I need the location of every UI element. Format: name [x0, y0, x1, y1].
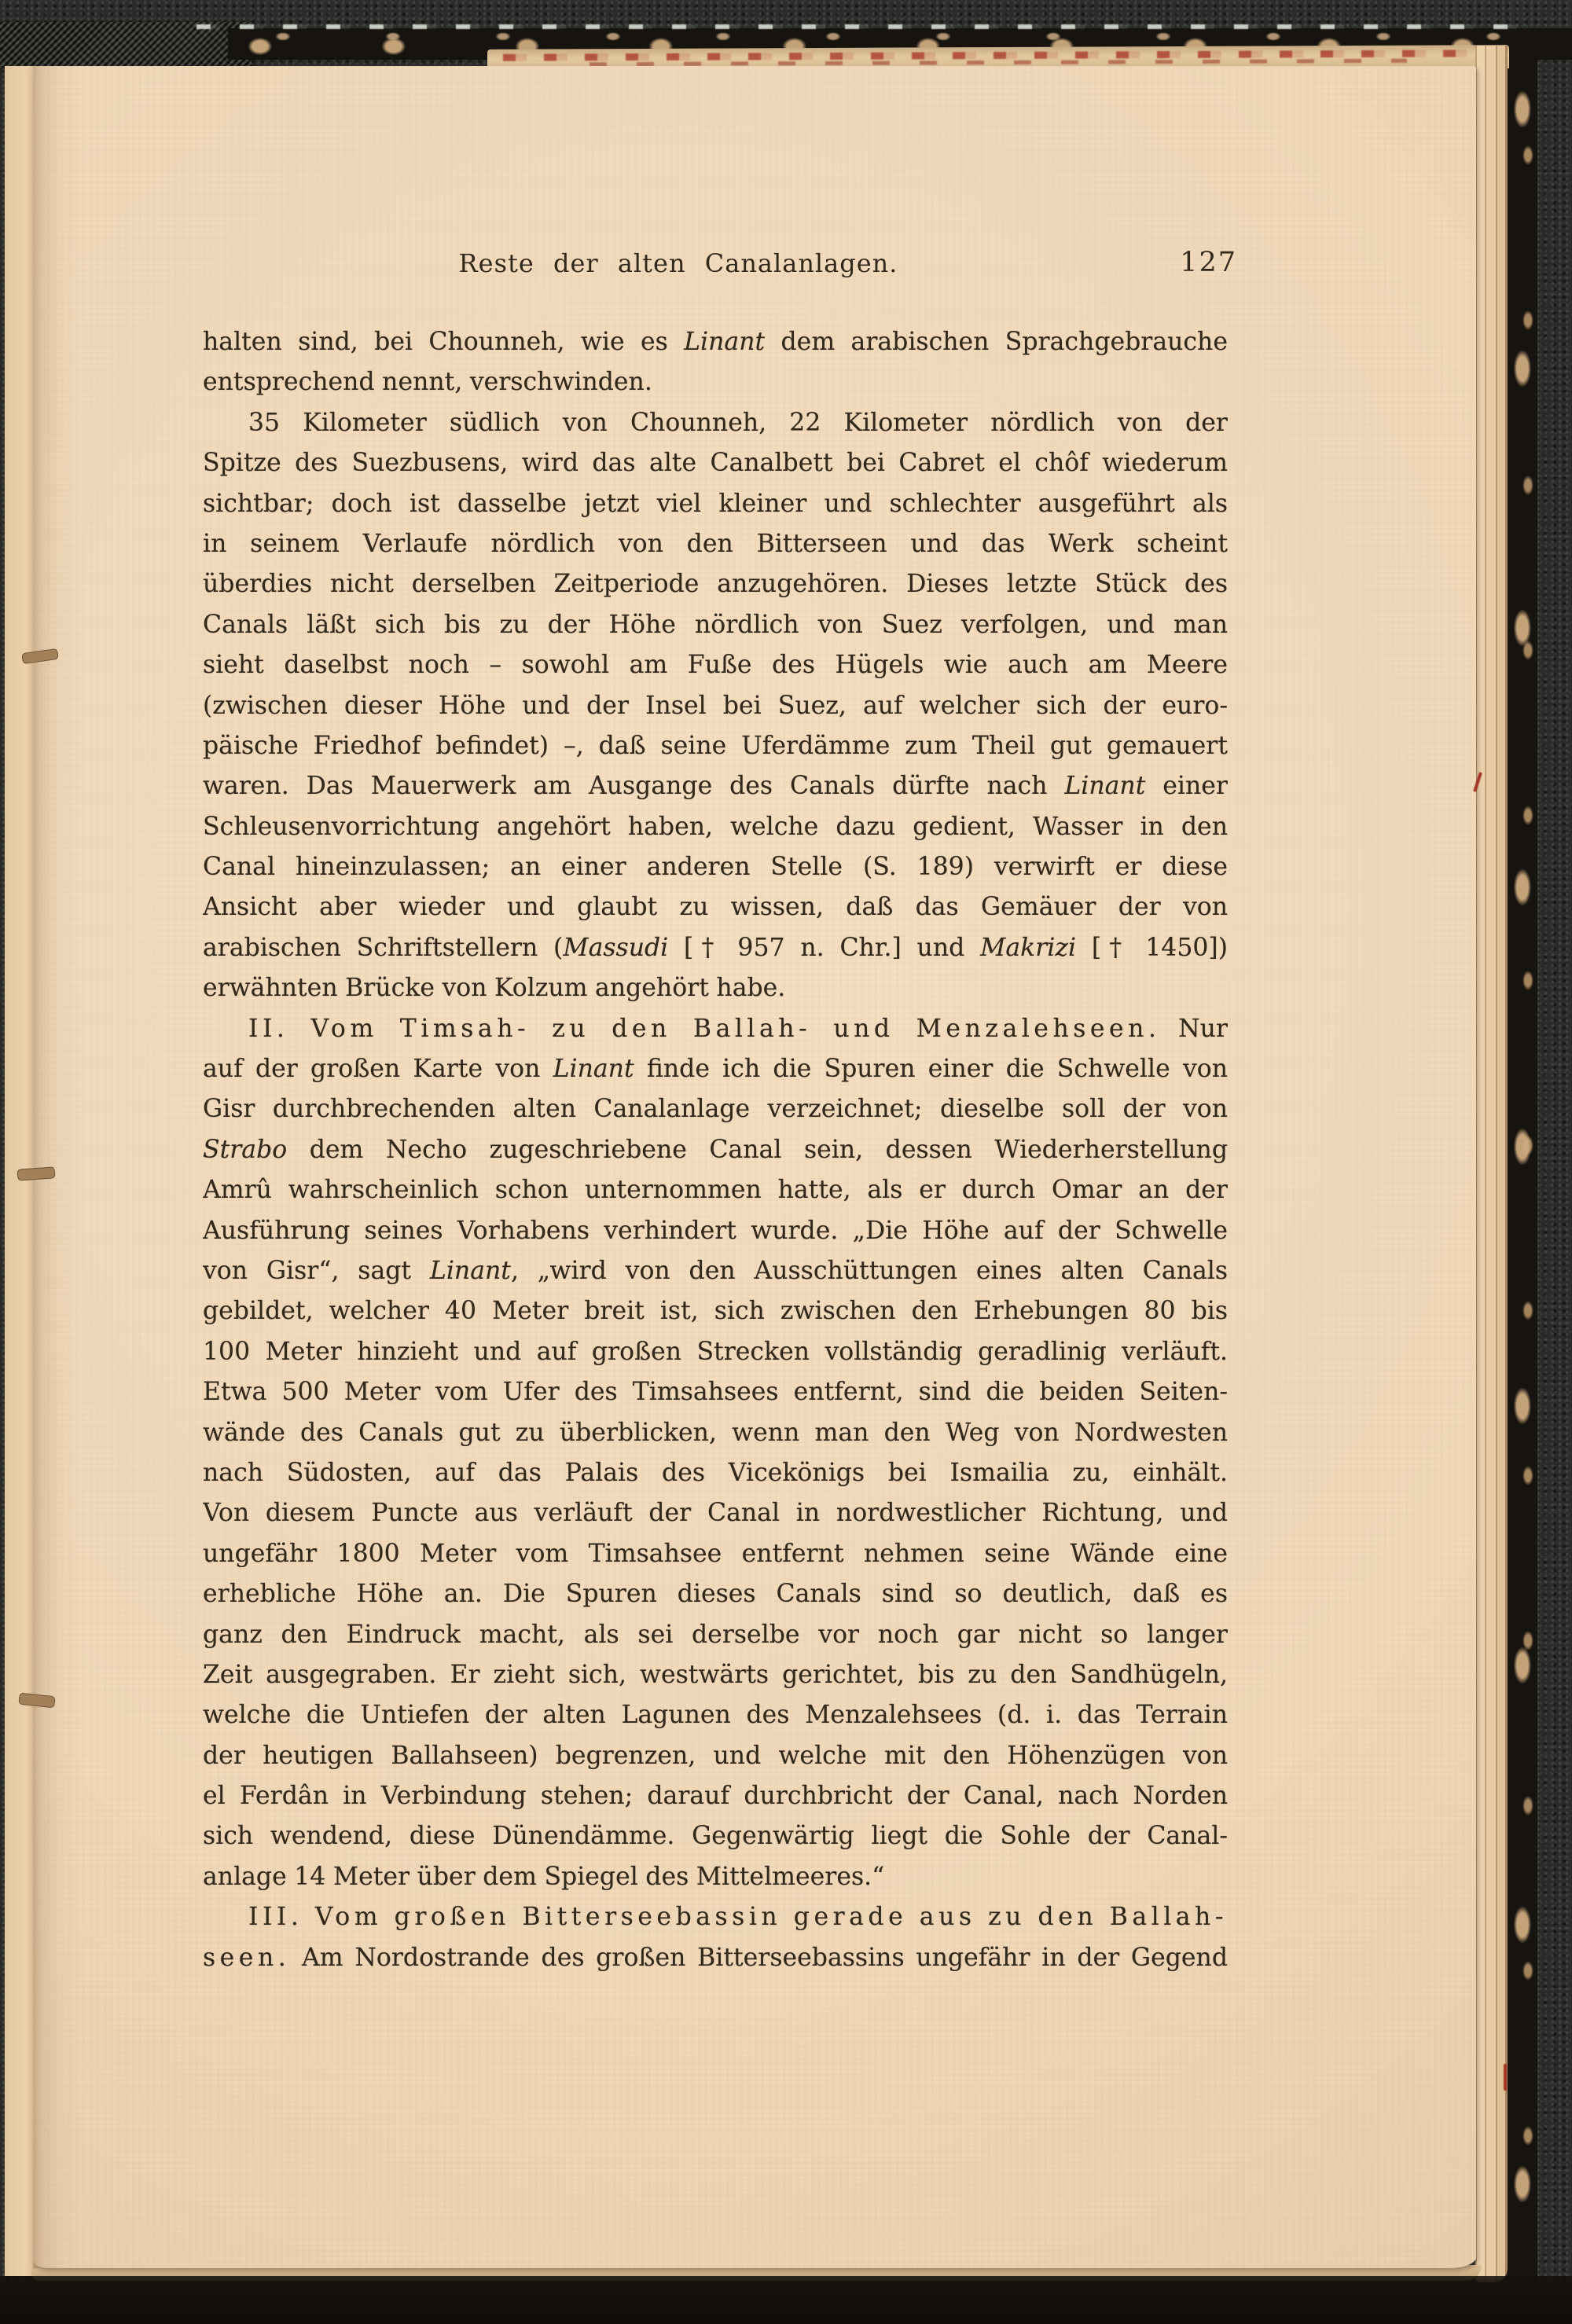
- text-line: sichtbar; doch ist dasselbe jetzt viel k…: [203, 484, 1228, 524]
- text-run: Gisr durchbrechenden alten Canalanlage v…: [203, 1095, 1228, 1123]
- text-line: Schleusenvorrichtung angehört haben, wel…: [203, 807, 1228, 847]
- text-run: von Gisr“, sagt: [203, 1257, 430, 1285]
- text-line: Canals läßt sich bis zu der Höhe nördlic…: [203, 605, 1228, 645]
- text-run: der heutigen Ballahseen) begrenzen, und …: [203, 1742, 1228, 1770]
- text-run: ganz den Eindruck macht, als sei derselb…: [203, 1621, 1228, 1649]
- text-line: 35 Kilometer südlich von Chounneh, 22 Ki…: [203, 403, 1228, 443]
- text-line: Spitze des Suezbusens, wird das alte Can…: [203, 443, 1228, 483]
- text-run: finde ich die Spuren einer die Schwelle …: [634, 1055, 1228, 1083]
- text-run: ungefähr 1800 Meter vom Timsahsee entfer…: [203, 1540, 1228, 1568]
- text-run: dem Necho zugeschriebene Canal sein, des…: [287, 1136, 1228, 1164]
- running-header-title: Reste der alten Canalanlagen.: [203, 248, 1154, 278]
- text-run: Canals läßt sich bis zu der Höhe nördlic…: [203, 611, 1228, 639]
- text-run: welche die Untiefen der alten Lagunen de…: [203, 1701, 1228, 1729]
- text-run: [† 1450]): [1076, 934, 1228, 962]
- text-line: Von diesem Puncte aus verläuft der Canal…: [203, 1493, 1228, 1533]
- text-line: in seinem Verlaufe nördlich von den Bitt…: [203, 524, 1228, 564]
- text-run: Am Nordostrande des großen Bitterseebass…: [290, 1944, 1228, 1972]
- text-line: 100 Meter hinzieht und auf großen Streck…: [203, 1332, 1228, 1372]
- text-line: waren. Das Mauerwerk am Ausgange des Can…: [203, 766, 1228, 806]
- text-line: Ansicht aber wieder und glaubt zu wissen…: [203, 887, 1228, 927]
- text-line: Gisr durchbrechenden alten Canalanlage v…: [203, 1089, 1228, 1129]
- bottom-binding-shadow: [0, 2276, 1572, 2324]
- text-run: Schleusenvorrichtung angehört haben, wel…: [203, 813, 1228, 841]
- marbled-cover-edge-right: [1508, 31, 1537, 2324]
- scanned-book-page: Reste der alten Canalanlagen. 127 halten…: [0, 0, 1572, 2324]
- text-run: Von diesem Puncte aus verläuft der Canal…: [203, 1499, 1228, 1527]
- italic-text-run: Massudi: [563, 934, 668, 962]
- text-run: sieht daselbst noch – sowohl am Fuße des…: [203, 651, 1228, 679]
- text-run: Nur: [1160, 1015, 1228, 1043]
- text-run: wände des Canals gut zu überblicken, wen…: [203, 1419, 1228, 1447]
- text-line: II. Vom Timsah- zu den Ballah- und Menza…: [203, 1009, 1228, 1049]
- text-run: Zeit ausgegraben. Er zieht sich, westwär…: [203, 1661, 1228, 1689]
- text-run: 100 Meter hinzieht und auf großen Streck…: [203, 1338, 1228, 1366]
- italic-text-run: Linant: [553, 1055, 634, 1083]
- text-line: Strabo dem Necho zugeschriebene Canal se…: [203, 1130, 1228, 1170]
- text-line: nach Südosten, auf das Palais des Vicekö…: [203, 1453, 1228, 1493]
- text-run: halten sind, bei Chounneh, wie es: [203, 328, 684, 356]
- text-run: sichtbar; doch ist dasselbe jetzt viel k…: [203, 490, 1228, 518]
- text-run: (zwischen dieser Höhe und der Insel bei …: [203, 692, 1228, 720]
- text-run: einer: [1145, 772, 1228, 800]
- text-line: päische Friedhof befindet) –, daß seine …: [203, 726, 1228, 766]
- text-run: entsprechend nennt, verschwinden.: [203, 368, 652, 396]
- letterspaced-text-run: III. Vom großen Bitterseebassin gerade a…: [248, 1903, 1228, 1931]
- text-run: el Ferdân in Verbindung stehen; darauf d…: [203, 1782, 1228, 1810]
- text-line: auf der großen Karte von Linant finde ic…: [203, 1049, 1228, 1089]
- text-line: el Ferdân in Verbindung stehen; darauf d…: [203, 1776, 1228, 1816]
- text-run: arabischen Schriftstellern (: [203, 934, 563, 962]
- text-run: , „wird von den Ausschüttungen eines alt…: [511, 1257, 1228, 1285]
- text-line: von Gisr“, sagt Linant, „wird von den Au…: [203, 1251, 1228, 1291]
- text-line: erhebliche Höhe an. Die Spuren dieses Ca…: [203, 1574, 1228, 1614]
- text-run: päische Friedhof befindet) –, daß seine …: [203, 732, 1228, 760]
- text-run: auf der großen Karte von: [203, 1055, 553, 1083]
- red-edge-speck: [1504, 2064, 1507, 2091]
- text-run: Canal hineinzulassen; an einer anderen S…: [203, 853, 1228, 881]
- text-line: ungefähr 1800 Meter vom Timsahsee entfer…: [203, 1534, 1228, 1574]
- text-line: ganz den Eindruck macht, als sei derselb…: [203, 1615, 1228, 1655]
- text-line: überdies nicht derselben Zeitperiode anz…: [203, 564, 1228, 604]
- italic-text-run: Makrizi: [980, 934, 1076, 962]
- page-stack-right-edge: [1475, 46, 1508, 2282]
- page-number: 127: [1180, 247, 1237, 278]
- text-line: Zeit ausgegraben. Er zieht sich, westwär…: [203, 1655, 1228, 1695]
- text-line: entsprechend nennt, verschwinden.: [203, 362, 1228, 402]
- text-run: erhebliche Höhe an. Die Spuren dieses Ca…: [203, 1580, 1228, 1608]
- text-line: arabischen Schriftstellern (Massudi [† 9…: [203, 928, 1228, 968]
- text-line: (zwischen dieser Höhe und der Insel bei …: [203, 686, 1228, 726]
- text-run: sich wendend, diese Dünendämme. Gegenwär…: [203, 1822, 1228, 1850]
- text-run: Spitze des Suezbusens, wird das alte Can…: [203, 449, 1228, 477]
- text-line: Amrû wahrscheinlich schon unternommen ha…: [203, 1170, 1228, 1210]
- text-line: Canal hineinzulassen; an einer anderen S…: [203, 847, 1228, 887]
- text-run: nach Südosten, auf das Palais des Vicekö…: [203, 1459, 1228, 1487]
- text-run: überdies nicht derselben Zeitperiode anz…: [203, 570, 1228, 598]
- text-line: anlage 14 Meter über dem Spiegel des Mit…: [203, 1857, 1228, 1897]
- text-run: dem arabischen Sprachgebrauche: [765, 328, 1228, 356]
- text-line: wände des Canals gut zu überblicken, wen…: [203, 1413, 1228, 1453]
- text-line: der heutigen Ballahseen) begrenzen, und …: [203, 1736, 1228, 1776]
- text-run: Ausführung seines Vorhabens verhindert w…: [203, 1217, 1228, 1245]
- running-header: Reste der alten Canalanlagen. 127: [203, 248, 1248, 283]
- text-run: [† 957 n. Chr.] und: [668, 934, 980, 962]
- cover-gloss-highlight: [196, 24, 1533, 29]
- text-run: Etwa 500 Meter vom Ufer des Timsahsees e…: [203, 1378, 1228, 1406]
- text-line: erwähnten Brücke von Kolzum angehört hab…: [203, 968, 1228, 1008]
- text-run: gebildet, welcher 40 Meter breit ist, si…: [203, 1297, 1228, 1325]
- text-run: waren. Das Mauerwerk am Ausgange des Can…: [203, 772, 1064, 800]
- text-run: Ansicht aber wieder und glaubt zu wissen…: [203, 893, 1228, 921]
- italic-text-run: Strabo: [203, 1136, 287, 1164]
- text-line: seen. Am Nordostrande des großen Bitters…: [203, 1938, 1228, 1978]
- italic-text-run: Linant: [1064, 772, 1145, 800]
- text-line: sieht daselbst noch – sowohl am Fuße des…: [203, 645, 1228, 685]
- text-line: Ausführung seines Vorhabens verhindert w…: [203, 1211, 1228, 1251]
- text-run: erwähnten Brücke von Kolzum angehört hab…: [203, 974, 785, 1002]
- text-line: halten sind, bei Chounneh, wie es Linant…: [203, 322, 1228, 362]
- text-run: anlage 14 Meter über dem Spiegel des Mit…: [203, 1863, 884, 1891]
- book-page: Reste der alten Canalanlagen. 127 halten…: [33, 66, 1476, 2268]
- italic-text-run: Linant: [684, 328, 765, 356]
- text-line: welche die Untiefen der alten Lagunen de…: [203, 1695, 1228, 1735]
- letterspaced-text-run: seen.: [203, 1944, 290, 1972]
- text-run: in seinem Verlaufe nördlich von den Bitt…: [203, 530, 1228, 558]
- italic-text-run: Linant: [430, 1257, 511, 1285]
- text-run: Amrû wahrscheinlich schon unternommen ha…: [203, 1176, 1228, 1204]
- body-text: halten sind, bei Chounneh, wie es Linant…: [203, 322, 1228, 1978]
- text-line: gebildet, welcher 40 Meter breit ist, si…: [203, 1291, 1228, 1331]
- text-line: sich wendend, diese Dünendämme. Gegenwär…: [203, 1816, 1228, 1856]
- text-line: Etwa 500 Meter vom Ufer des Timsahsees e…: [203, 1372, 1228, 1412]
- letterspaced-text-run: II. Vom Timsah- zu den Ballah- und Menza…: [248, 1015, 1160, 1043]
- text-run: 35 Kilometer südlich von Chounneh, 22 Ki…: [248, 409, 1228, 437]
- text-line: III. Vom großen Bitterseebassin gerade a…: [203, 1897, 1228, 1937]
